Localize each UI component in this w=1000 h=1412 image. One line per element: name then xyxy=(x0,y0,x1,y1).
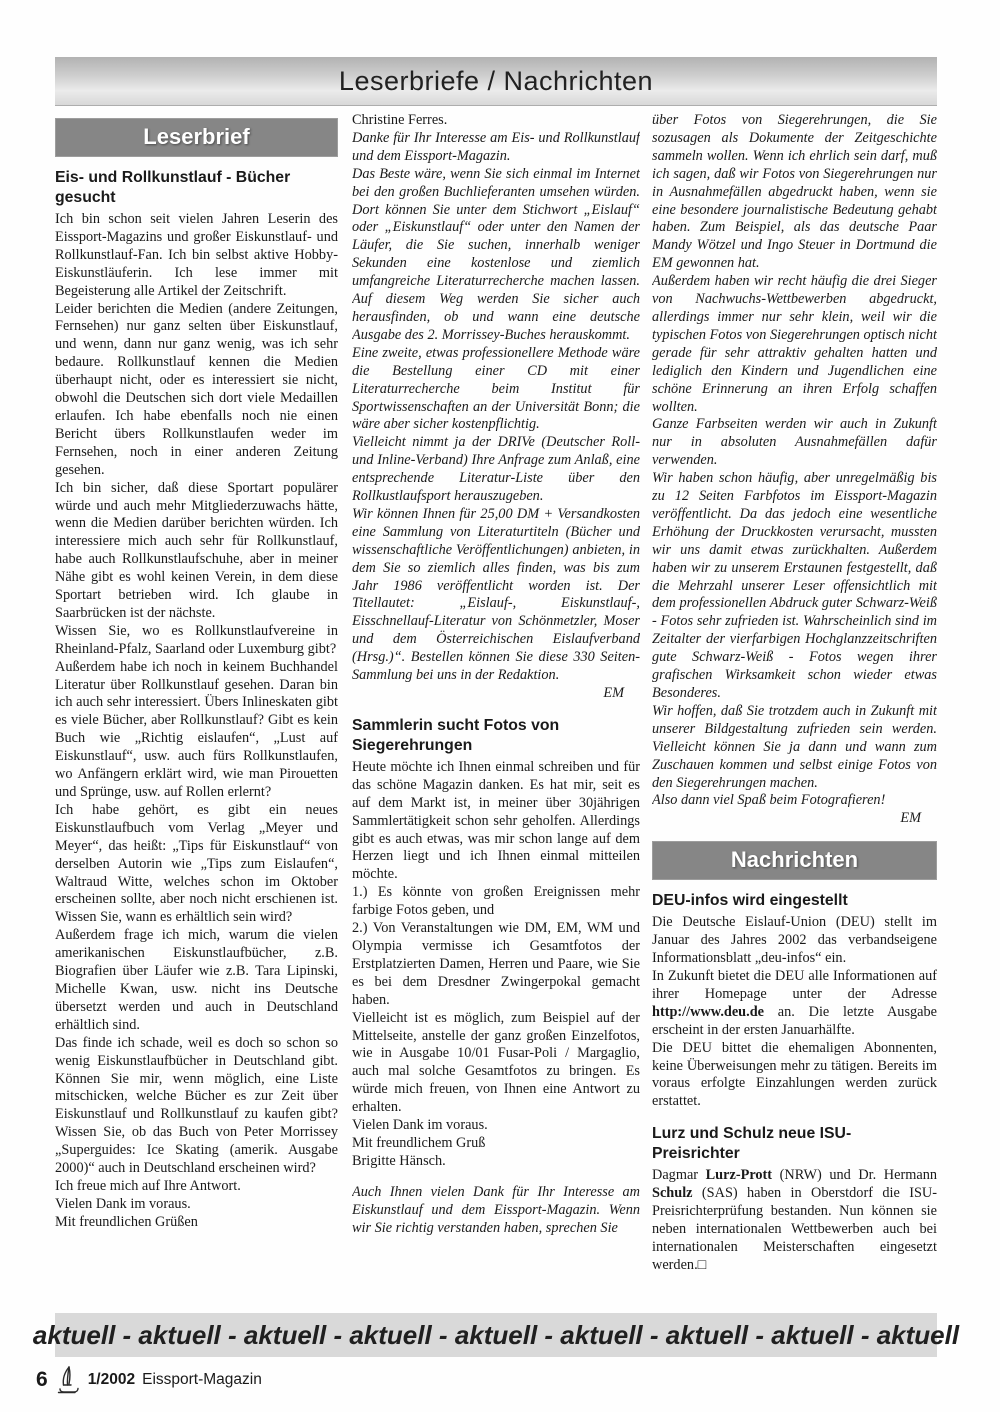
bold-text: http://www.deu.de xyxy=(652,1004,764,1020)
signature-em: EM xyxy=(352,685,640,703)
paragraph: Ich bin sicher, daß diese Sportart popul… xyxy=(55,480,338,623)
paragraph: Mit freundlichen Grüßen xyxy=(55,1214,338,1232)
paragraph: Außerdem habe ich noch in keinem Buchhan… xyxy=(55,659,338,802)
paragraph: über Fotos von Siegerehrungen, die Sie s… xyxy=(652,112,937,273)
paragraph: Vielen Dank im voraus. xyxy=(352,1117,640,1135)
article-heading-sammlerin: Sammlerin sucht Fotos von Siegerehrungen xyxy=(352,716,640,756)
aktuell-banner-text: aktuell - aktuell - aktuell - aktuell - … xyxy=(33,1320,959,1351)
text-segment: (SAS) haben in Oberstdorf die ISU-Preisr… xyxy=(652,1185,937,1273)
section-label-leserbrief: Leserbrief xyxy=(55,118,338,157)
bold-text: Lurz-Prott xyxy=(706,1167,772,1183)
text-segment: Dagmar xyxy=(652,1167,706,1183)
paragraph: Also dann viel Spaß beim Fotografieren! xyxy=(652,792,937,810)
paragraph: Die Deutsche Eislauf-Union (DEU) stellt … xyxy=(652,914,937,968)
page-number: 6 xyxy=(36,1368,48,1392)
magazine-name: Eissport-Magazin xyxy=(142,1371,262,1389)
page-header-title: Leserbriefe / Nachrichten xyxy=(339,66,653,97)
text-segment: (NRW) und Dr. Hermann xyxy=(772,1167,937,1183)
paragraph: Vielleicht nimmt ja der DRIVe (Deutscher… xyxy=(352,434,640,506)
paragraph: Ich habe gehört, es gibt ein neues Eisku… xyxy=(55,802,338,927)
column-right: über Fotos von Siegerehrungen, die Sie s… xyxy=(652,112,937,1312)
paragraph: Heute möchte ich Ihnen einmal schreiben … xyxy=(352,759,640,884)
paragraph: Vielleicht ist es möglich, zum Beispiel … xyxy=(352,1010,640,1117)
aktuell-banner: aktuell - aktuell - aktuell - aktuell - … xyxy=(55,1313,937,1357)
article-heading-deu-infos: DEU-infos wird eingestellt xyxy=(652,891,937,911)
issue-number: 1/2002 xyxy=(88,1371,135,1389)
magazine-page: Leserbriefe / Nachrichten LeserbriefEis-… xyxy=(0,0,1000,1412)
paragraph: Brigitte Hänsch. xyxy=(352,1153,640,1171)
paragraph: Wissen Sie, wo es Rollkunstlaufvereine i… xyxy=(55,623,338,659)
paragraph: Das finde ich schade, weil es doch so sc… xyxy=(55,1035,338,1178)
paragraph: Wir haben schon häufig, aber unregelmäßi… xyxy=(652,470,937,703)
paragraph: Die DEU bittet die ehemaligen Abonnenten… xyxy=(652,1040,937,1112)
paragraph: Ich bin schon seit vielen Jahren Leserin… xyxy=(55,211,338,301)
column-middle: Christine Ferres.Danke für Ihr Interesse… xyxy=(352,112,640,1312)
article-heading-lurz-schulz: Lurz und Schulz neue ISU-Preisrichter xyxy=(652,1124,937,1164)
page-header-bar: Leserbriefe / Nachrichten xyxy=(55,57,937,106)
figure-skate-logo-icon xyxy=(55,1365,81,1395)
paragraph: Vielen Dank im voraus. xyxy=(55,1196,338,1214)
paragraph: Eine zweite, etwas professionellere Meth… xyxy=(352,345,640,435)
paragraph: Ganze Farbseiten werden wir auch in Zuku… xyxy=(652,416,937,470)
page-footer: 6 1/2002 Eissport-Magazin xyxy=(36,1362,262,1398)
paragraph: Auch Ihnen vielen Dank für Ihr Interesse… xyxy=(352,1184,640,1238)
paragraph: Danke für Ihr Interesse am Eis- und Roll… xyxy=(352,130,640,166)
text-segment: In Zukunft bietet die DEU alle Informati… xyxy=(652,968,937,1002)
paragraph: 1.) Es könnte von großen Ereignissen meh… xyxy=(352,884,640,920)
paragraph: Ich freue mich auf Ihre Antwort. xyxy=(55,1178,338,1196)
section-label-nachrichten: Nachrichten xyxy=(652,841,937,880)
paragraph: Wir können Ihnen für 25,00 DM + Versandk… xyxy=(352,506,640,685)
paragraph: Leider berichten die Medien (andere Zeit… xyxy=(55,301,338,480)
paragraph: Außerdem haben wir recht häufig die drei… xyxy=(652,273,937,416)
paragraph: Wir hoffen, daß Sie trotzdem auch in Zuk… xyxy=(652,703,937,793)
paragraph: Das Beste wäre, wenn Sie sich einmal im … xyxy=(352,166,640,345)
column-left: LeserbriefEis- und Rollkunstlauf - Büche… xyxy=(55,112,338,1312)
paragraph: In Zukunft bietet die DEU alle Informati… xyxy=(652,968,937,1040)
bold-text: Schulz xyxy=(652,1185,693,1201)
paragraph: Christine Ferres. xyxy=(352,112,640,130)
paragraph: Dagmar Lurz-Prott (NRW) und Dr. Hermann … xyxy=(652,1167,937,1274)
article-heading-buecher-gesucht: Eis- und Rollkunstlauf - Bücher gesucht xyxy=(55,168,338,208)
paragraph: Außerdem frage ich mich, warum die viele… xyxy=(55,927,338,1034)
paragraph: 2.) Von Veranstaltungen wie DM, EM, WM u… xyxy=(352,920,640,1010)
signature-em: EM xyxy=(652,810,937,828)
paragraph: Mit freundlichem Gruß xyxy=(352,1135,640,1153)
